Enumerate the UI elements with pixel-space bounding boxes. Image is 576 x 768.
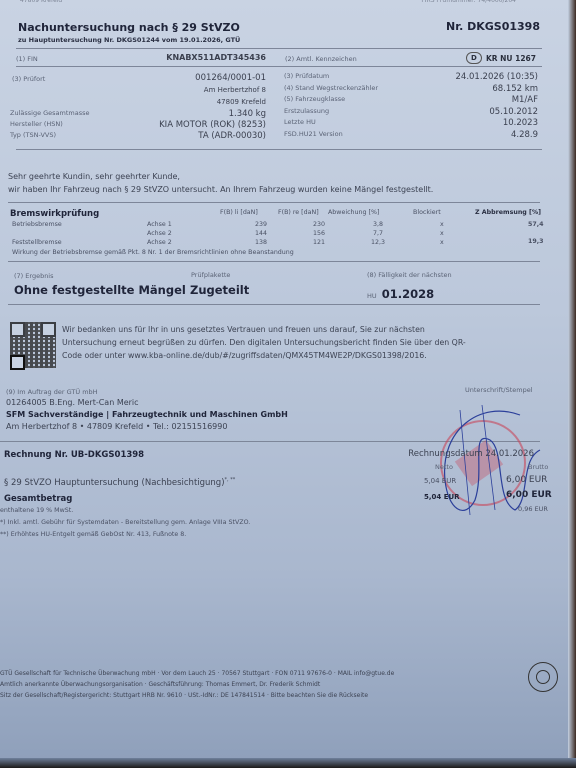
brake-note: Wirkung der Betriebsbremse gemäß Pkt. 8 … — [12, 249, 294, 256]
result-value: Ohne festgestellte Mängel — [14, 283, 186, 297]
item-brutto: 6,00 EUR — [506, 475, 547, 485]
invoice-item: § 29 StVZO Hauptuntersuchung (Nachbesich… — [4, 477, 235, 488]
footer-line: Sitz der Gesellschaft/Registergericht: S… — [0, 690, 394, 701]
total-brutto: 6,00 EUR — [506, 490, 552, 500]
field-label: (3) Prüfdatum — [284, 72, 329, 84]
brake-blocked: x — [440, 239, 444, 246]
item-netto: 5,04 EUR — [424, 477, 456, 485]
divider — [16, 48, 542, 49]
divider — [8, 261, 540, 262]
brake-z: 57,4 — [528, 221, 544, 228]
pruefort-label: (3) Prüfort — [12, 75, 45, 83]
top-faint-right: FIRS Prüfnummer: 74/4000/204 — [421, 0, 516, 4]
fin-value: KNABX511ADT345436 — [166, 53, 266, 62]
field-label: FSD.HU21 Version — [284, 130, 343, 142]
field-value: 4.28.9 — [511, 130, 538, 142]
plate-label: (2) Amtl. Kennzeichen — [285, 55, 357, 63]
thanks-line: Untersuchung erneut begrüßen zu dürfen. … — [62, 336, 466, 349]
qr-corner — [10, 355, 25, 370]
field-row: (3) Prüfdatum 24.01.2026 (10:35) — [284, 72, 538, 84]
brake-axle: Achse 2 — [147, 239, 172, 246]
plakette-value: Zugeteilt — [190, 283, 249, 297]
brake-re: 121 — [313, 239, 325, 246]
field-value: TA (ADR-00030) — [198, 131, 266, 142]
inspector-company: SFM Sachverständige | Fahrzeugtechnik un… — [6, 410, 288, 419]
brake-li: 138 — [255, 239, 267, 246]
brake-col-li: F(B) li [daN] — [220, 209, 258, 216]
brake-dev: 12,3 — [371, 239, 385, 246]
brake-re: 230 — [313, 221, 325, 228]
brake-col-dev: Abweichung [%] — [328, 209, 379, 216]
fin-label: (1) FIN — [16, 55, 38, 63]
footer-line: GTÜ Gesellschaft für Technische Überwach… — [0, 668, 394, 679]
invoice-item-label: § 29 StVZO Hauptuntersuchung (Nachbesich… — [4, 478, 225, 488]
footnote-marks: *, ** — [225, 477, 236, 483]
brake-title: Bremswirkprüfung — [10, 209, 99, 219]
invoice-date: Rechnungsdatum 24.01.2026 — [408, 449, 534, 459]
footnote-1: *) Inkl. amtl. Gebühr für Systemdaten - … — [0, 519, 250, 526]
field-label: Erstzulassung — [284, 107, 329, 119]
table-surface — [0, 758, 576, 768]
brake-blocked: x — [440, 221, 444, 228]
brutto-label: Brutto — [528, 463, 548, 471]
brake-axle: Achse 1 — [147, 221, 172, 228]
field-label: Hersteller (HSN) — [10, 120, 63, 131]
result-label: (7) Ergebnis — [14, 272, 54, 280]
license-plate: D KR NU 1267 — [466, 52, 536, 64]
total-label: Gesamtbetrag — [4, 494, 72, 504]
paper-edge — [568, 0, 576, 768]
pruefort-street: Am Herbertzhof 8 — [195, 84, 266, 96]
brake-li: 239 — [255, 221, 267, 228]
thanks-line: Wir bedanken uns für Ihr in uns gesetzte… — [62, 323, 466, 336]
thanks-text: Wir bedanken uns für Ihr in uns gesetzte… — [62, 323, 466, 362]
inspector-address: Am Herbertzhof 8 • 47809 Krefeld • Tel.:… — [6, 422, 227, 431]
field-row: (5) Fahrzeugklasse M1/AF — [284, 95, 538, 107]
field-value: 1.340 kg — [229, 109, 266, 120]
divider — [16, 66, 542, 67]
inspector-label: (9) Im Auftrag der GTÜ mbH — [6, 388, 98, 396]
document-title: Nachuntersuchung nach § 29 StVZO — [18, 21, 240, 34]
brake-blocked: x — [440, 230, 444, 237]
field-value: 10.2023 — [503, 118, 538, 130]
brake-re: 156 — [313, 230, 325, 237]
vat-label: enthaltene 19 % MwSt. — [0, 507, 73, 514]
field-row: Erstzulassung 05.10.2012 — [284, 107, 538, 119]
top-faint-left: 47809 Krefeld — [20, 0, 62, 4]
pruefort-block: 001264/0001-01 Am Herbertzhof 8 47809 Kr… — [195, 72, 266, 108]
vat-amount: 0,96 EUR — [518, 505, 548, 513]
brake-z: 19,3 — [528, 238, 544, 245]
next-hu-date: 01.2028 — [382, 287, 434, 301]
brake-axle: Achse 2 — [147, 230, 172, 237]
field-value: KIA MOTOR (ROK) (8253) — [159, 120, 266, 131]
field-row: Letzte HU 10.2023 — [284, 118, 538, 130]
total-netto: 5,04 EUR — [424, 493, 460, 501]
plate-number: KR NU 1267 — [486, 54, 536, 63]
vehicle-left-fields: Zulässige Gesamtmasse 1.340 kg Herstelle… — [10, 109, 266, 142]
greeting-line: Sehr geehrte Kundin, sehr geehrter Kunde… — [8, 170, 433, 183]
signature-label: Unterschrift/Stempel — [465, 386, 533, 394]
footnote-2: **) Erhöhtes HU-Entgelt gemäß GebOst Nr.… — [0, 531, 186, 538]
divider — [16, 149, 542, 150]
document-subtitle: zu Hauptuntersuchung Nr. DKGS01244 vom 1… — [18, 36, 240, 44]
next-hu: HU 01.2028 — [367, 283, 434, 302]
field-label: Letzte HU — [284, 118, 316, 130]
brake-col-blocked: Blockiert — [413, 209, 441, 216]
plate-country: D — [466, 52, 482, 64]
field-row: FSD.HU21 Version 4.28.9 — [284, 130, 538, 142]
document-number: Nr. DKGS01398 — [446, 20, 540, 33]
pruefort-city: 47809 Krefeld — [195, 96, 266, 108]
divider — [8, 304, 540, 305]
field-row: (4) Stand Wegstreckenzähler 68.152 km — [284, 84, 538, 96]
brake-dev: 3,8 — [373, 221, 383, 228]
field-row: Zulässige Gesamtmasse 1.340 kg — [10, 109, 266, 120]
footer: GTÜ Gesellschaft für Technische Überwach… — [0, 668, 394, 701]
field-label: (4) Stand Wegstreckenzähler — [284, 84, 378, 96]
kba-link[interactable]: Code oder unter www.kba-online.de/dub/#/… — [62, 349, 466, 362]
vehicle-right-fields: (3) Prüfdatum 24.01.2026 (10:35) (4) Sta… — [284, 72, 538, 141]
footer-line: Amtlich anerkannte Überwachungsorganisat… — [0, 679, 394, 690]
field-value: M1/AF — [512, 95, 538, 107]
field-value: 05.10.2012 — [489, 107, 538, 119]
field-label: Typ (TSN-VVS) — [10, 131, 56, 142]
field-label: Zulässige Gesamtmasse — [10, 109, 90, 120]
invoice-number: Rechnung Nr. UB-DKGS01398 — [4, 450, 144, 460]
netto-label: Netto — [435, 463, 453, 471]
next-hu-label: (8) Fälligkeit der nächsten — [367, 271, 452, 279]
inspector-name: 01264005 B.Eng. Mert-Can Meric — [6, 398, 139, 407]
brake-type: Feststellbremse — [12, 239, 62, 246]
field-row: Typ (TSN-VVS) TA (ADR-00030) — [10, 131, 266, 142]
greeting: Sehr geehrte Kundin, sehr geehrter Kunde… — [8, 170, 433, 196]
brake-dev: 7,7 — [373, 230, 383, 237]
field-row: Hersteller (HSN) KIA MOTOR (ROK) (8253) — [10, 120, 266, 131]
greeting-line: wir haben Ihr Fahrzeug nach § 29 StVZO u… — [8, 183, 433, 196]
brake-type: Betriebsbremse — [12, 221, 62, 228]
brake-col-z: Z Abbremsung [%] — [475, 209, 541, 216]
next-hu-prefix: HU — [367, 292, 377, 300]
pruefort-id: 001264/0001-01 — [195, 72, 266, 84]
brake-col-re: F(B) re [daN] — [278, 209, 319, 216]
plakette-label: Prüfplakette — [191, 271, 230, 279]
gtue-seal-icon — [528, 662, 558, 692]
field-label: (5) Fahrzeugklasse — [284, 95, 345, 107]
field-value: 24.01.2026 (10:35) — [456, 72, 539, 84]
brake-li: 144 — [255, 230, 267, 237]
field-value: 68.152 km — [492, 84, 538, 96]
signature — [420, 400, 570, 520]
divider — [8, 202, 540, 203]
